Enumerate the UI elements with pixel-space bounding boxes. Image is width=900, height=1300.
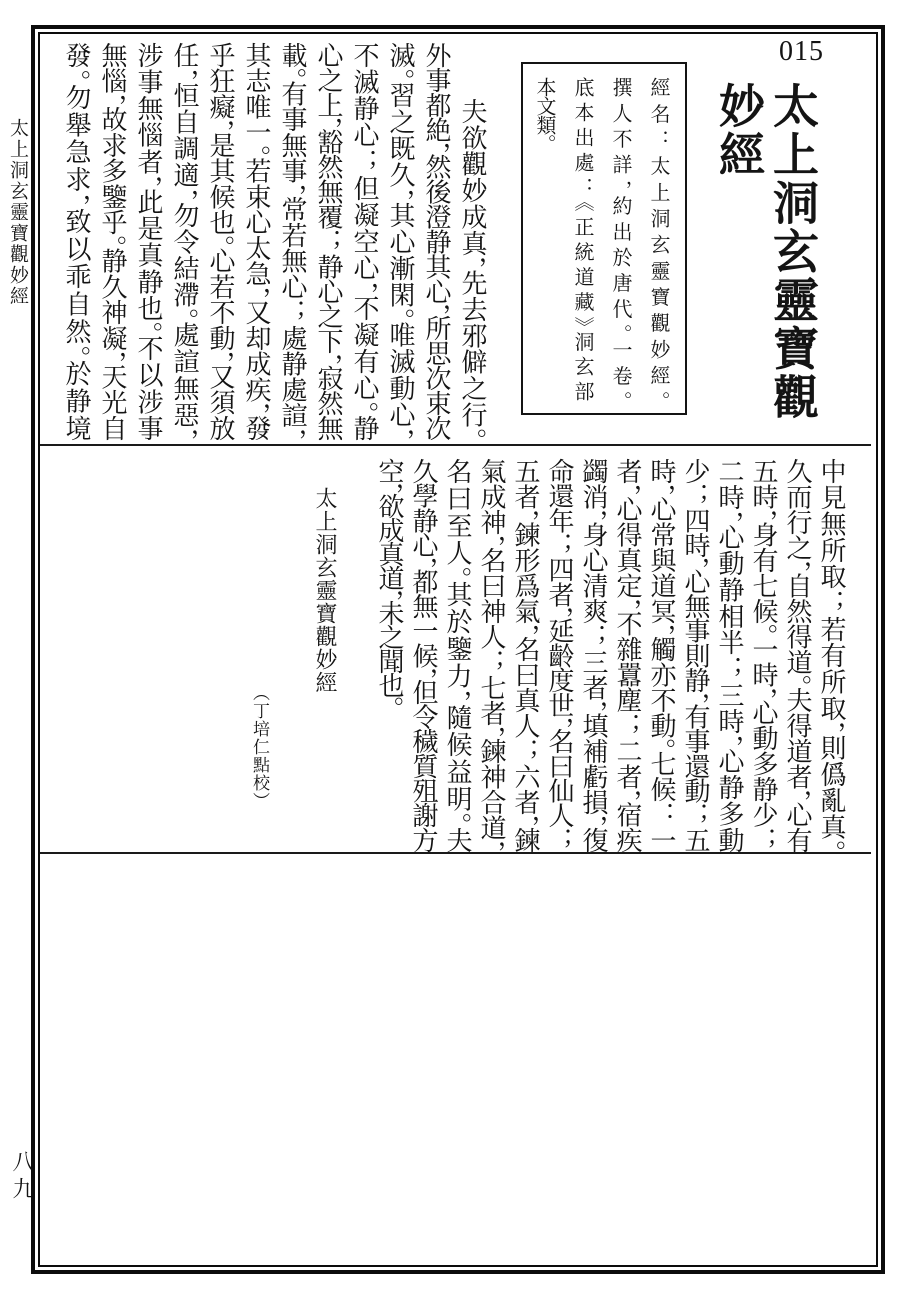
text-column: 心之上，豁然無覆；静心之下，寂然無 bbox=[310, 42, 346, 439]
text-column: 夫欲觀妙成真，先去邪僻之行。 bbox=[454, 42, 490, 439]
text-column: 二時，心動静相半；三時，心静多動 bbox=[712, 458, 746, 851]
text-column: 滅。習之既久，其心漸閑。唯滅動心， bbox=[382, 42, 418, 439]
text-column: 乎狂癡，是其候也。心若不動，又須放 bbox=[202, 42, 238, 439]
text-column: 涉事無惱者，此是真静也。不以涉事 bbox=[130, 42, 166, 439]
colophon-editor: （丁培仁點校） bbox=[247, 684, 272, 810]
text-column: 命還年；四者，延齡度世，名曰仙人； bbox=[542, 458, 576, 851]
text-column: 中見無所取；若有所取，則僞亂真。 bbox=[814, 458, 848, 851]
section-divider bbox=[40, 852, 871, 854]
text-column: 名曰至人。其於鑒力，隨候益明。夫 bbox=[440, 458, 474, 851]
text-column: 者，心得真定，不雜囂塵；二者，宿疾 bbox=[610, 458, 644, 851]
text-column: 不滅静心；但凝空心，不凝有心。静 bbox=[346, 42, 382, 439]
text-column: 發。勿舉急求，致以乖自然。於静境 bbox=[58, 42, 94, 439]
scripture-info-box: 經名：太上洞玄靈寶觀妙經。 撰人不詳，約出於唐代。一卷。 底本出處：《正統道藏》… bbox=[521, 62, 687, 415]
section-1-text: 夫欲觀妙成真，先去邪僻之行。 外事都絶，然後澄静其心，所思次束次 滅。習之既久，… bbox=[58, 42, 490, 439]
text-column: 氣成神，名曰神人；七者，鍊神合道， bbox=[474, 458, 508, 851]
text-column: 久而行之，自然得道。夫得道者，心有 bbox=[780, 458, 814, 851]
running-title: 太上洞玄靈寶觀妙經 bbox=[4, 118, 31, 307]
text-column: 時，心常與道冥，觸亦不動。七候：一 bbox=[644, 458, 678, 851]
section-2-text: 中見無所取；若有所取，則僞亂真。 久而行之，自然得道。夫得道者，心有 五時，身有… bbox=[372, 458, 848, 851]
info-column: 本文類。 bbox=[525, 77, 563, 400]
text-column: 五者，鍊形爲氣，名曰真人；六者，鍊 bbox=[508, 458, 542, 851]
colophon-title: 太上洞玄靈寶觀妙經 bbox=[310, 487, 341, 694]
info-column: 經名：太上洞玄靈寶觀妙經。 bbox=[639, 77, 677, 400]
section-divider bbox=[40, 444, 871, 446]
info-column: 撰人不詳，約出於唐代。一卷。 bbox=[601, 77, 639, 400]
text-column: 五時，身有七候。一時，心動多静少； bbox=[746, 458, 780, 851]
text-column: 空，欲成真道，未之聞也。 bbox=[372, 458, 406, 851]
text-column: 外事都絶，然後澄静其心，所思次束次 bbox=[418, 42, 454, 439]
text-column: 任，恒自調適，勿令結滯。處諠無惡， bbox=[166, 42, 202, 439]
text-column: 少；四時，心無事則静，有事還動；五 bbox=[678, 458, 712, 851]
text-column: 蠲消，身心清爽；三者，填補虧損，復 bbox=[576, 458, 610, 851]
info-column: 底本出處：《正統道藏》洞玄部 bbox=[563, 77, 601, 400]
scanned-scripture-page: 太上洞玄靈寶觀妙經 八九 015 太上洞玄靈寶觀 妙經 經名：太上洞玄靈寶觀妙經… bbox=[0, 0, 900, 1300]
text-column: 載。有事無事，常若無心；處静處諠， bbox=[274, 42, 310, 439]
main-title-line-1: 太上洞玄靈寶觀 bbox=[766, 82, 818, 422]
main-title-line-2: 妙經 bbox=[712, 82, 764, 179]
text-column: 其志唯一。若束心太急，又却成疾，發 bbox=[238, 42, 274, 439]
text-column: 無惱，故求多鑒乎。静久神凝，天光自 bbox=[94, 42, 130, 439]
volume-code: 015 bbox=[779, 36, 824, 68]
scripture-info-columns: 經名：太上洞玄靈寶觀妙經。 撰人不詳，約出於唐代。一卷。 底本出處：《正統道藏》… bbox=[529, 77, 677, 400]
text-column: 久學静心，都無一候，但令穢質殂謝方 bbox=[406, 458, 440, 851]
